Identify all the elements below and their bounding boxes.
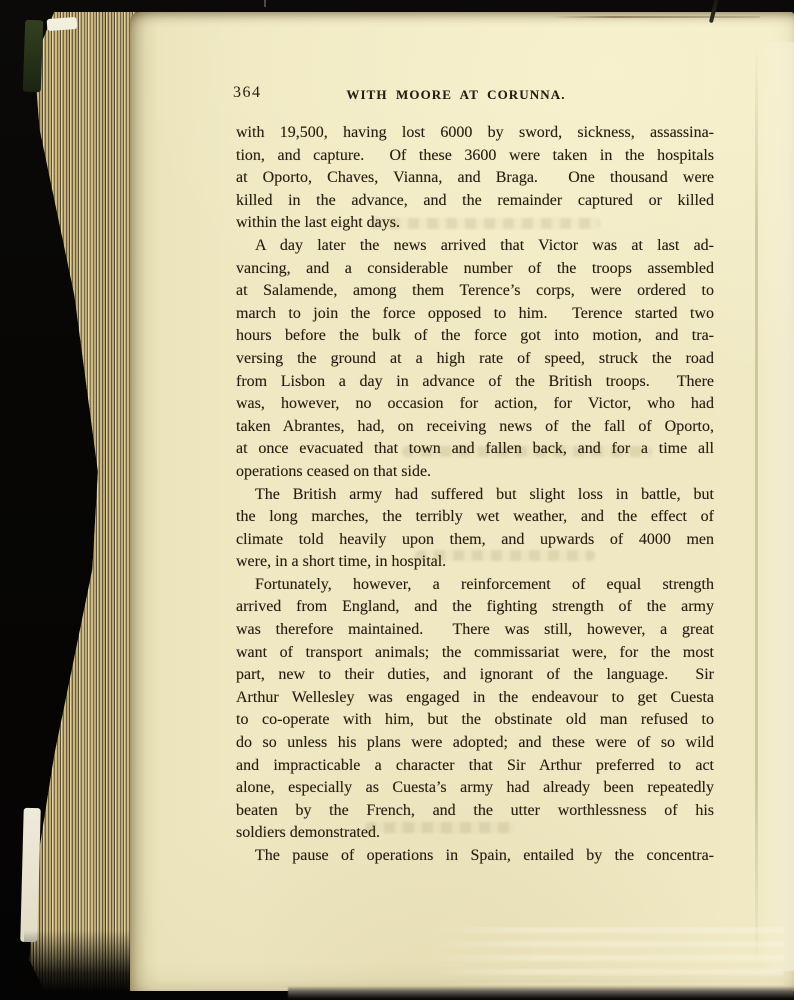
body-text: with 19,500, having lost 6000 by sword, …	[236, 122, 714, 868]
edge-shadow	[24, 930, 136, 992]
text-line: killed in the advance, and the remainder…	[236, 190, 714, 213]
page-right-highlight	[760, 42, 794, 971]
text-line: with 19,500, having lost 6000 by sword, …	[236, 122, 714, 145]
page-top-shadow	[550, 16, 760, 18]
text-line: within the last eight days.	[236, 212, 714, 235]
text-line: want of transport animals; the commissar…	[236, 642, 714, 665]
text-line: was therefore maintained. There was stil…	[236, 619, 714, 642]
text-line: were, in a short time, in hospital.	[236, 551, 714, 574]
text-line: march to join the force opposed to him. …	[236, 303, 714, 326]
text-line: operations ceased on that side.	[236, 461, 714, 484]
text-line: to co-operate with him, but the obstinat…	[236, 709, 714, 732]
book-cover-edge	[23, 20, 44, 93]
text-line: alone, especially as Cuesta’s army had a…	[236, 777, 714, 800]
page-bottom-edge-shadow	[288, 986, 794, 1000]
text-line: part, new to their duties, and ignorant …	[236, 664, 714, 687]
text-line: at once evacuated that town and fallen b…	[236, 438, 714, 461]
text-line: The pause of operations in Spain, entail…	[236, 845, 714, 868]
text-line: at Salamende, among them Terence’s corps…	[236, 280, 714, 303]
text-line: taken Abrantes, had, on receiving news o…	[236, 416, 714, 439]
text-line: was, however, no occasion for action, fo…	[236, 393, 714, 416]
page-edge-sliver-top	[47, 17, 78, 31]
text-line: and impracticable a character that Sir A…	[236, 755, 714, 778]
text-line: at Oporto, Chaves, Vianna, and Braga. On…	[236, 167, 714, 190]
text-line: vancing, and a considerable number of th…	[236, 258, 714, 281]
text-line: A day later the news arrived that Victor…	[236, 235, 714, 258]
book-fore-edge-pages	[24, 12, 136, 990]
text-line: versing the ground at a high rate of spe…	[236, 348, 714, 371]
scan-streaks	[430, 927, 784, 985]
text-line: from Lisbon a day in advance of the Brit…	[236, 371, 714, 394]
text-line: the long marches, the terribly wet weath…	[236, 506, 714, 529]
text-line: beaten by the French, and the utter wort…	[236, 800, 714, 823]
text-line: hours before the bulk of the force got i…	[236, 325, 714, 348]
book-page: 364 WITH MOORE AT CORUNNA. with 19,500, …	[130, 12, 794, 991]
text-line: The British army had suffered but slight…	[236, 484, 714, 507]
text-line: do so unless his plans were adopted; and…	[236, 732, 714, 755]
page-crease	[755, 42, 758, 967]
text-line: climate told heavily upon them, and upwa…	[236, 529, 714, 552]
scratch-mark	[264, 0, 266, 7]
text-line: Fortunately, however, a reinforcement of…	[236, 574, 714, 597]
text-line: Arthur Wellesley was engaged in the ende…	[236, 687, 714, 710]
photo-of-book: 364 WITH MOORE AT CORUNNA. with 19,500, …	[0, 0, 794, 1000]
text-line: soldiers demonstrated.	[236, 822, 714, 845]
text-line: tion, and capture. Of these 3600 were ta…	[236, 145, 714, 168]
running-title: WITH MOORE AT CORUNNA.	[217, 87, 695, 102]
page-edge-sliver-bottom	[20, 808, 41, 942]
text-line: arrived from England, and the fighting s…	[236, 596, 714, 619]
